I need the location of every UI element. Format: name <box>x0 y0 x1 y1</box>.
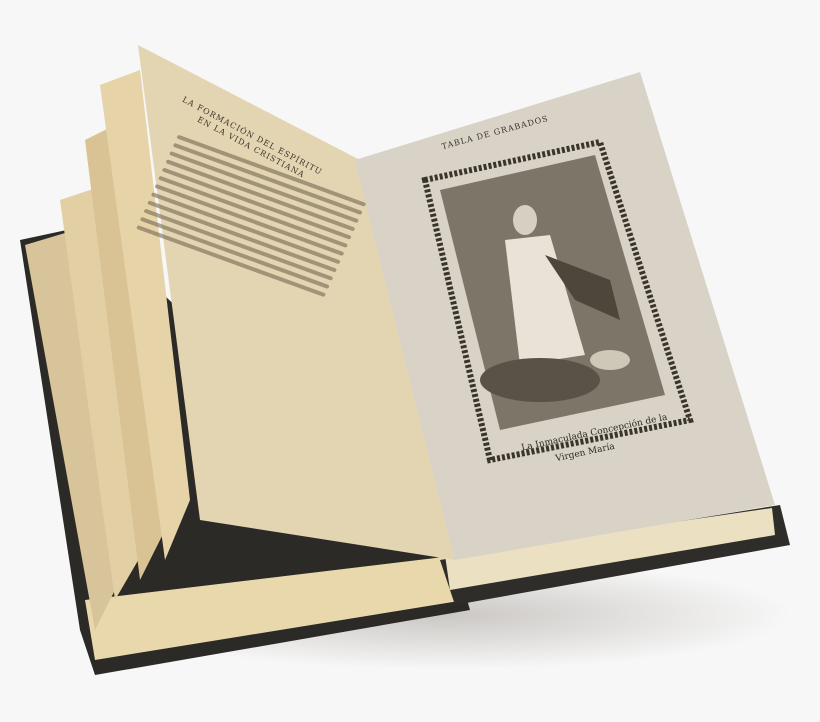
book-illustration <box>0 0 820 722</box>
book-photo: TABLA DE GRABADOS LA FORMACIÓN DEL ESPÍR… <box>0 0 820 722</box>
